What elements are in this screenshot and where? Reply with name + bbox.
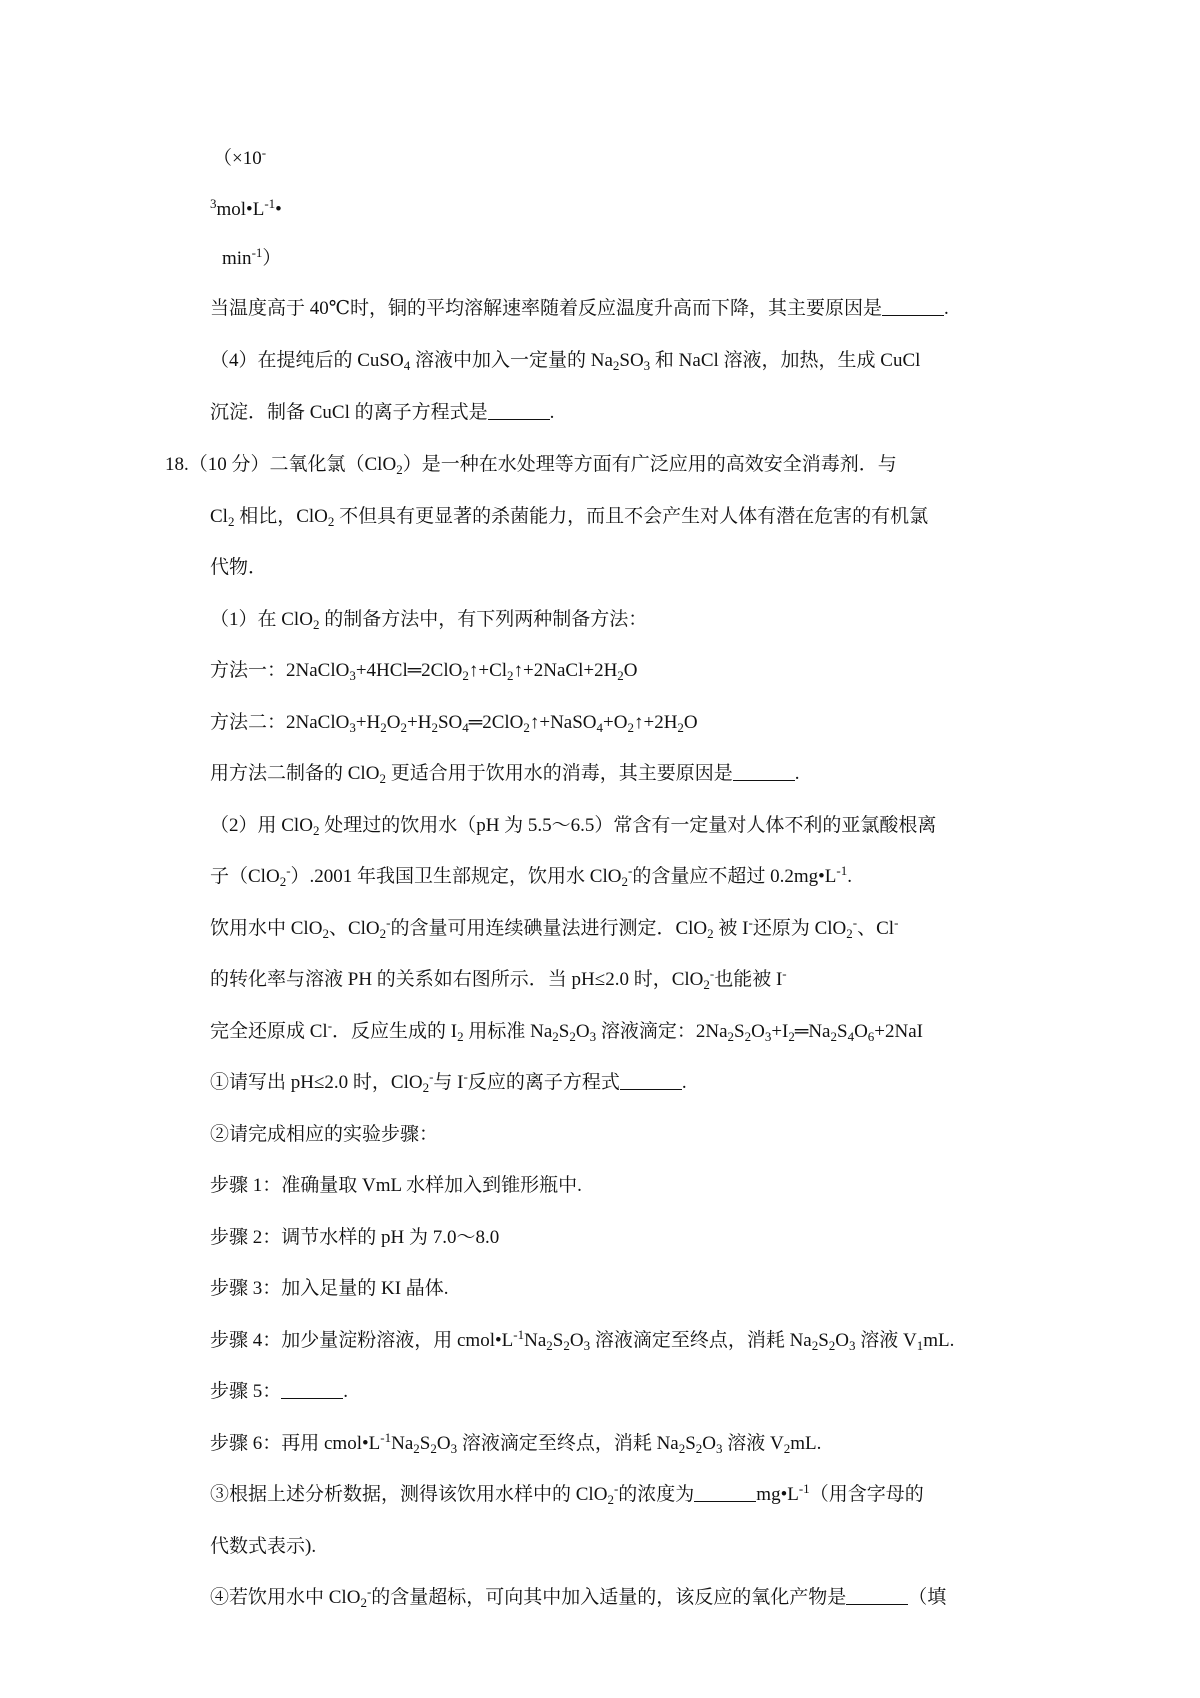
sub-q2: ②请完成相应的实验步骤： <box>210 1122 438 1148</box>
step-5: 步骤 5：. <box>210 1379 348 1405</box>
answer-blank <box>882 297 944 316</box>
answer-blank <box>694 1483 756 1502</box>
method-2: 方法二：2NaClO3+H2O2+H2SO4═2ClO2↑+NaSO4+O2↑+… <box>210 710 698 736</box>
q18-intro-3: 代物． <box>210 555 267 581</box>
document-page: （×10-3mol•L-1•min-1）当温度高于 40℃时，铜的平均溶解速率随… <box>0 0 1200 1698</box>
answer-blank <box>846 1586 908 1605</box>
q18-2-line2: 子（ClO2-）.2001 年我国卫生部规定，饮用水 ClO2-的含量应不超过 … <box>210 864 852 890</box>
step-4: 步骤 4：加少量淀粉溶液，用 cmol•L-1Na2S2O3 溶液滴定至终点，消… <box>210 1328 954 1354</box>
unit-line-2: 3mol•L-1• <box>210 197 282 223</box>
sub-q3-line1: ③根据上述分析数据，测得该饮用水样中的 ClO2-的浓度为mg•L-1（用含字母… <box>210 1482 924 1508</box>
unit-line-3: min-1） <box>222 246 281 272</box>
answer-blank <box>733 762 795 781</box>
step-6: 步骤 6：再用 cmol•L-1Na2S2O3 溶液滴定至终点，消耗 Na2S2… <box>210 1431 821 1457</box>
sub-q4: ④若饮用水中 ClO2-的含量超标，可向其中加入适量的，该反应的氧化产物是（填 <box>210 1585 946 1611</box>
q17-4-line1: （4）在提纯后的 CuSO4 溶液中加入一定量的 Na2SO3 和 NaCl 溶… <box>210 348 920 374</box>
answer-blank <box>488 401 550 420</box>
answer-blank <box>620 1071 682 1090</box>
q17-4-line2: 沉淀．制备 CuCl 的离子方程式是. <box>210 400 554 426</box>
q18-2-line3: 饮用水中 ClO2、ClO2-的含量可用连续碘量法进行测定．ClO2 被 I-还… <box>210 916 898 942</box>
q18-intro-1: 18.（10 分）二氧化氯（ClO2）是一种在水处理等方面有广泛应用的高效安全消… <box>165 452 897 478</box>
q18-2-line5: 完全还原成 Cl-．反应生成的 I2 用标准 Na2S2O3 溶液滴定：2Na2… <box>210 1019 923 1045</box>
sub-q3-line2: 代数式表示). <box>210 1534 316 1560</box>
method-1: 方法一：2NaClO3+4HCl═2ClO2↑+Cl2↑+2NaCl+2H2O <box>210 658 638 684</box>
answer-blank <box>281 1380 343 1399</box>
q17-3-reason: 当温度高于 40℃时，铜的平均溶解速率随着反应温度升高而下降，其主要原因是. <box>210 296 949 322</box>
q18-2-line4: 的转化率与溶液 PH 的关系如右图所示．当 pH≤2.0 时，ClO2-也能被 … <box>210 967 787 993</box>
step-3: 步骤 3：加入足量的 KI 晶体. <box>210 1276 449 1302</box>
sub-q1: ①请写出 pH≤2.0 时，ClO2-与 I-反应的离子方程式. <box>210 1070 687 1096</box>
step-2: 步骤 2：调节水样的 pH 为 7.0～8.0 <box>210 1225 499 1251</box>
q18-2-line1: （2）用 ClO2 处理过的饮用水（pH 为 5.5～6.5）常含有一定量对人体… <box>210 813 936 839</box>
step-1: 步骤 1：准确量取 VmL 水样加入到锥形瓶中. <box>210 1173 582 1199</box>
q18-1-question: 用方法二制备的 ClO2 更适合用于饮用水的消毒，其主要原因是. <box>210 761 799 787</box>
q18-intro-2: Cl2 相比，ClO2 不但具有更显著的杀菌能力，而且不会产生对人体有潜在危害的… <box>210 504 928 530</box>
q18-1-intro: （1）在 ClO2 的制备方法中，有下列两种制备方法： <box>210 607 647 633</box>
unit-line-1: （×10- <box>213 146 266 172</box>
